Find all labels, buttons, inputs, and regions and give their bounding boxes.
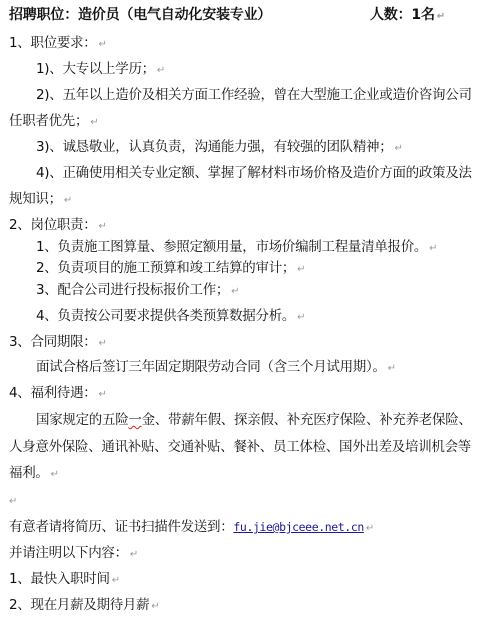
paragraph-mark-icon: ↵ — [130, 549, 138, 560]
position-title: 招聘职位：造价员（电气自动化安装专业） — [9, 7, 271, 23]
contract-text: 面试合格后签订三年固定期限劳动合同（含三个月试用期）。↵ — [36, 358, 396, 378]
requirement-item-continued: 任职者优先；↵ — [9, 112, 98, 132]
paragraph-mark-icon: ↵ — [99, 389, 107, 400]
headcount-line: 人数：1名↵ — [370, 6, 445, 26]
spellcheck-underline: 一 — [128, 412, 141, 428]
requirement-item: 4)、正确使用相关专业定额、掌握了解材料市场价格及造价方面的政策及法 — [36, 164, 472, 182]
benefits-line: 人身意外保险、通讯补贴、交通补贴、餐补、员工体检、国外出差及培训机会等 — [9, 438, 471, 456]
requirements-heading: 1、职位要求：↵ — [9, 34, 107, 54]
benefits-heading: 4、福利待遇：↵ — [9, 384, 107, 404]
benefits-line: 福利。↵ — [9, 464, 59, 484]
paragraph-mark-icon: ↵ — [437, 11, 445, 22]
duty-item: 3、配合公司进行投标报价工作；↵ — [36, 281, 239, 301]
paragraph-mark-icon: ↵ — [157, 65, 165, 76]
requirement-item: 2)、五年以上造价及相关方面工作经验，曾在大型施工企业或造价咨询公司 — [36, 86, 472, 104]
benefits-line: 国家规定的五险一金、带薪年假、探亲假、补充医疗保险、补充养老保险、 — [36, 411, 472, 429]
requirement-item: 1)、大专以上学历；↵ — [36, 60, 165, 80]
contact-note: 并请注明以下内容：↵ — [9, 544, 138, 564]
paragraph-mark-icon: ↵ — [51, 469, 59, 480]
contact-item: 1、最快入职时间↵ — [9, 570, 120, 590]
paragraph-mark-icon: ↵ — [64, 195, 72, 206]
paragraph-mark-icon: ↵ — [366, 523, 374, 534]
paragraph-mark-icon: ↵ — [90, 117, 98, 128]
duty-item: 4、负责按公司要求提供各类预算数据分析。↵ — [36, 307, 305, 327]
email-link[interactable]: fu.jie@bjceee.net.cn — [233, 520, 363, 534]
paragraph-mark-icon: ↵ — [297, 312, 305, 323]
paragraph-mark-icon: ↵ — [388, 363, 396, 374]
contract-heading: 3、合同期限：↵ — [9, 333, 107, 353]
paragraph-mark-icon: ↵ — [231, 286, 239, 297]
contact-intro-line: 有意者请将简历、证书扫描件发送到：fu.jie@bjceee.net.cn↵ — [9, 518, 374, 538]
empty-paragraph: ↵ — [9, 491, 17, 511]
contact-intro: 有意者请将简历、证书扫描件发送到： — [9, 519, 233, 535]
paragraph-mark-icon: ↵ — [297, 264, 305, 275]
job-title-line: 招聘职位：造价员（电气自动化安装专业） — [9, 6, 271, 24]
paragraph-mark-icon: ↵ — [112, 575, 120, 586]
headcount-label: 人数：1名 — [370, 7, 435, 23]
duties-heading: 2、岗位职责：↵ — [9, 216, 107, 236]
paragraph-mark-icon: ↵ — [99, 39, 107, 50]
requirement-item-continued: 规知识；↵ — [9, 190, 72, 210]
paragraph-mark-icon: ↵ — [394, 143, 402, 154]
paragraph-mark-icon: ↵ — [99, 221, 107, 232]
paragraph-mark-icon: ↵ — [99, 338, 107, 349]
paragraph-mark-icon: ↵ — [9, 496, 17, 507]
paragraph-mark-icon: ↵ — [429, 243, 437, 254]
paragraph-mark-icon: ↵ — [151, 601, 159, 612]
duty-item: 2、负责项目的施工预算和竣工结算的审计；↵ — [36, 259, 305, 279]
duty-item: 1、负责施工图算量、参照定额用量，市场价编制工程量清单报价。↵ — [36, 238, 437, 258]
requirement-item: 3)、诚恳敬业，认真负责，沟通能力强，有较强的团队精神；↵ — [36, 138, 403, 158]
contact-item: 2、现在月薪及期待月薪↵ — [9, 596, 159, 616]
